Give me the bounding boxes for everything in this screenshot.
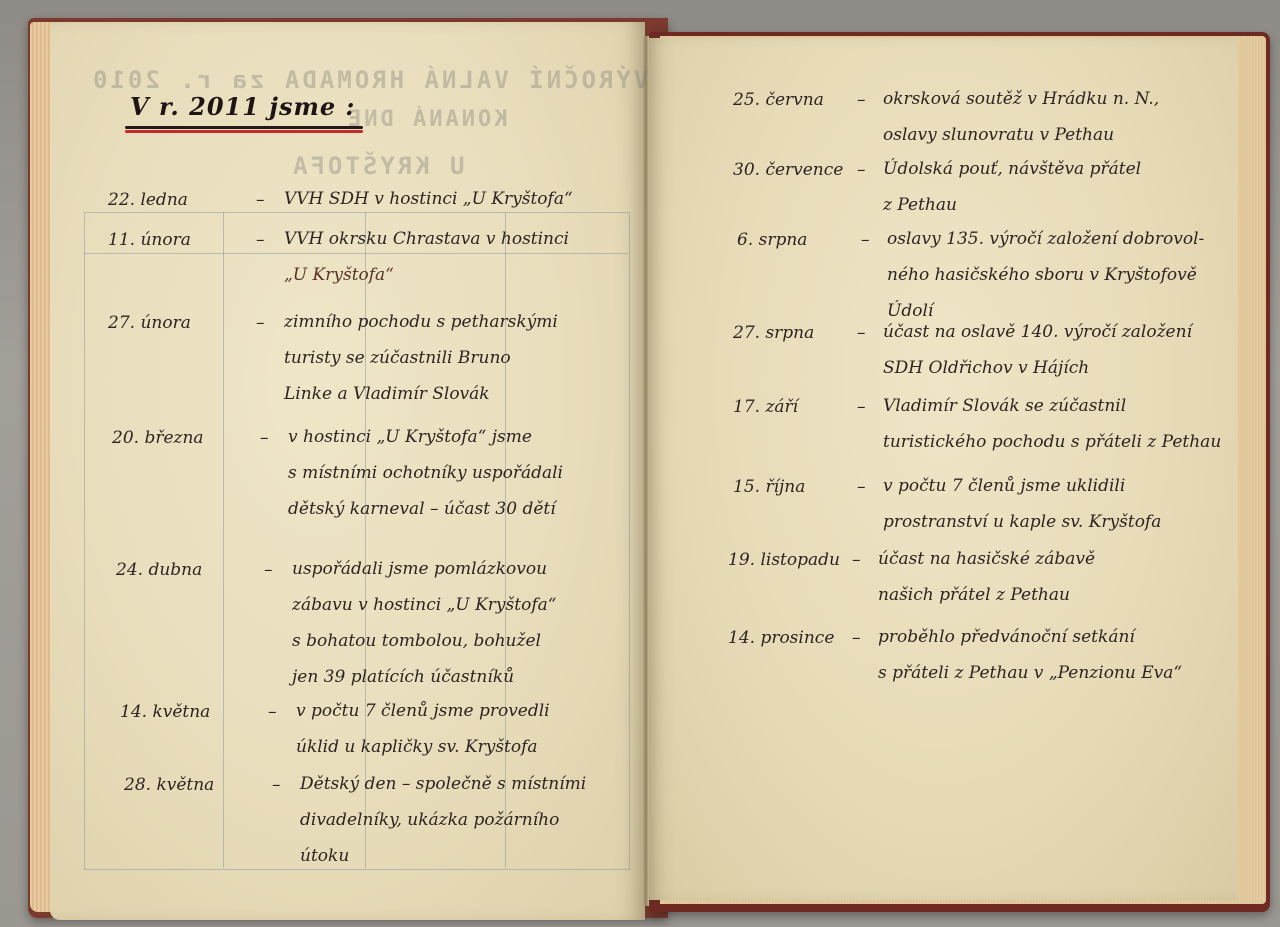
entry-dash: –: [256, 313, 265, 333]
entry-dash: –: [857, 323, 866, 343]
entry-line: VVH okrsku Chrastava v hostinci: [284, 221, 569, 257]
entry-date: 28. května: [124, 775, 214, 795]
entry-line: „U Kryštofa“: [284, 257, 569, 293]
entry-line: útoku: [300, 838, 586, 874]
ruled-grid-vertical-line: [223, 212, 224, 868]
entry-line: v hostinci „U Kryštofa“ jsme: [288, 419, 563, 455]
entry-line: účast na hasičské zábavě: [878, 541, 1095, 577]
entry-line: uspořádali jsme pomlázkovou: [292, 551, 556, 587]
entry-text: v hostinci „U Kryštofa“ jsme s místními …: [288, 419, 563, 527]
entry-date: 22. ledna: [108, 190, 188, 210]
entry-line: turisty se zúčastnili Bruno: [284, 340, 558, 376]
entry-date: 19. listopadu: [728, 550, 840, 570]
entry-date: 14. května: [120, 702, 210, 722]
entry-line: jen 39 platících účastníků: [292, 659, 556, 695]
entry-line: s přáteli z Pethau v „Penzionu Eva“: [878, 655, 1182, 691]
entry-line: ného hasičského sboru v Kryštofově: [887, 257, 1204, 293]
entry-date: 27. srpna: [733, 323, 814, 343]
entry-dash: –: [857, 90, 866, 110]
entry-line: oslavy slunovratu v Pethau: [883, 117, 1159, 153]
entry-line: v počtu 7 členů jsme provedli: [296, 693, 550, 729]
entry-line: Linke a Vladimír Slovák: [284, 376, 558, 412]
entry-dash: –: [256, 230, 265, 250]
entry-text: Vladimír Slovák se zúčastnil turistickéh…: [883, 388, 1221, 460]
entry-date: 30. července: [733, 160, 843, 180]
entry-text: proběhlo předvánoční setkání s přáteli z…: [878, 619, 1182, 691]
entry-dash: –: [857, 160, 866, 180]
book-gutter: [643, 36, 649, 906]
entry-dash: –: [857, 477, 866, 497]
entry-line: úklid u kapličky sv. Kryštofa: [296, 729, 550, 765]
entry-line: s místními ochotníky uspořádali: [288, 455, 563, 491]
entry-dash: –: [272, 775, 281, 795]
stamp-line-1: VÝROČNÍ VALNÁ HROMADA za r. 2010: [90, 66, 648, 94]
entry-text: okrsková soutěž v Hrádku n. N., oslavy s…: [883, 81, 1159, 153]
entry-dash: –: [268, 702, 277, 722]
entry-text: účast na hasičské zábavě našich přátel z…: [878, 541, 1095, 613]
entry-date: 25. června: [733, 90, 824, 110]
entry-text: Dětský den – společně s místními divadel…: [300, 766, 586, 874]
entry-date: 27. února: [108, 313, 191, 333]
entry-text: VVH okrsku Chrastava v hostinci „U Kryšt…: [284, 221, 569, 293]
entry-text: zimního pochodu s petharskými turisty se…: [284, 304, 558, 412]
entry-text: účast na oslavě 140. výročí založení SDH…: [883, 314, 1192, 386]
entry-line: zimního pochodu s petharskými: [284, 304, 558, 340]
entry-dash: –: [852, 628, 861, 648]
entry-line: účast na oslavě 140. výročí založení: [883, 314, 1192, 350]
entry-line: našich přátel z Pethau: [878, 577, 1095, 613]
entry-line: s bohatou tombolou, bohužel: [292, 623, 556, 659]
entry-line: v počtu 7 členů jsme uklidili: [883, 468, 1161, 504]
entry-line: turistického pochodu s přáteli z Pethau: [883, 424, 1221, 460]
entry-dash: –: [260, 428, 269, 448]
entry-line: VVH SDH v hostinci „U Kryštofa“: [284, 181, 573, 217]
entry-date: 24. dubna: [116, 560, 202, 580]
entry-dash: –: [852, 550, 861, 570]
entry-line: proběhlo předvánoční setkání: [878, 619, 1182, 655]
entry-line: prostranství u kaple sv. Kryštofa: [883, 504, 1161, 540]
entry-date: 17. září: [733, 397, 798, 417]
entry-line: okrsková soutěž v Hrádku n. N.,: [883, 81, 1159, 117]
entry-line: SDH Oldřichov v Hájích: [883, 350, 1192, 386]
entry-text: v počtu 7 členů jsme uklidili prostranst…: [883, 468, 1161, 540]
entry-text: oslavy 135. výročí založení dobrovol- né…: [887, 221, 1204, 329]
entry-date: 11. února: [108, 230, 191, 250]
entry-line: zábavu v hostinci „U Kryštofa“: [292, 587, 556, 623]
entry-line: oslavy 135. výročí založení dobrovol-: [887, 221, 1204, 257]
entry-date: 14. prosince: [728, 628, 834, 648]
entry-text: Údolská pouť, návštěva přátel z Pethau: [883, 151, 1141, 223]
entry-dash: –: [256, 190, 265, 210]
entry-line: dětský karneval – účast 30 dětí: [288, 491, 563, 527]
entry-line: Dětský den – společně s místními: [300, 766, 586, 802]
entry-dash: –: [264, 560, 273, 580]
entry-line: Údolská pouť, návštěva přátel: [883, 151, 1141, 187]
stamp-line-2: KONANÁ DNE: [345, 107, 507, 132]
entry-date: 15. října: [733, 477, 805, 497]
entry-dash: –: [861, 230, 870, 250]
heading-underline-black: [125, 126, 363, 129]
entry-date: 6. srpna: [737, 230, 807, 250]
entry-dash: –: [857, 397, 866, 417]
heading-underline-red: [125, 130, 363, 133]
entry-line: Vladimír Slovák se zúčastnil: [883, 388, 1221, 424]
entry-text: VVH SDH v hostinci „U Kryštofa“: [284, 181, 573, 217]
stamp-line-3: U KRYŠTOFA: [290, 152, 465, 180]
entry-line: divadelníky, ukázka požárního: [300, 802, 586, 838]
page-heading: V r. 2011 jsme :: [130, 92, 355, 121]
entry-line: z Pethau: [883, 187, 1141, 223]
entry-date: 20. března: [112, 428, 204, 448]
entry-text: uspořádali jsme pomlázkovou zábavu v hos…: [292, 551, 556, 695]
entry-text: v počtu 7 členů jsme provedli úklid u ka…: [296, 693, 550, 765]
open-notebook: VÝROČNÍ VALNÁ HROMADA za r. 2010 KONANÁ …: [0, 0, 1280, 927]
